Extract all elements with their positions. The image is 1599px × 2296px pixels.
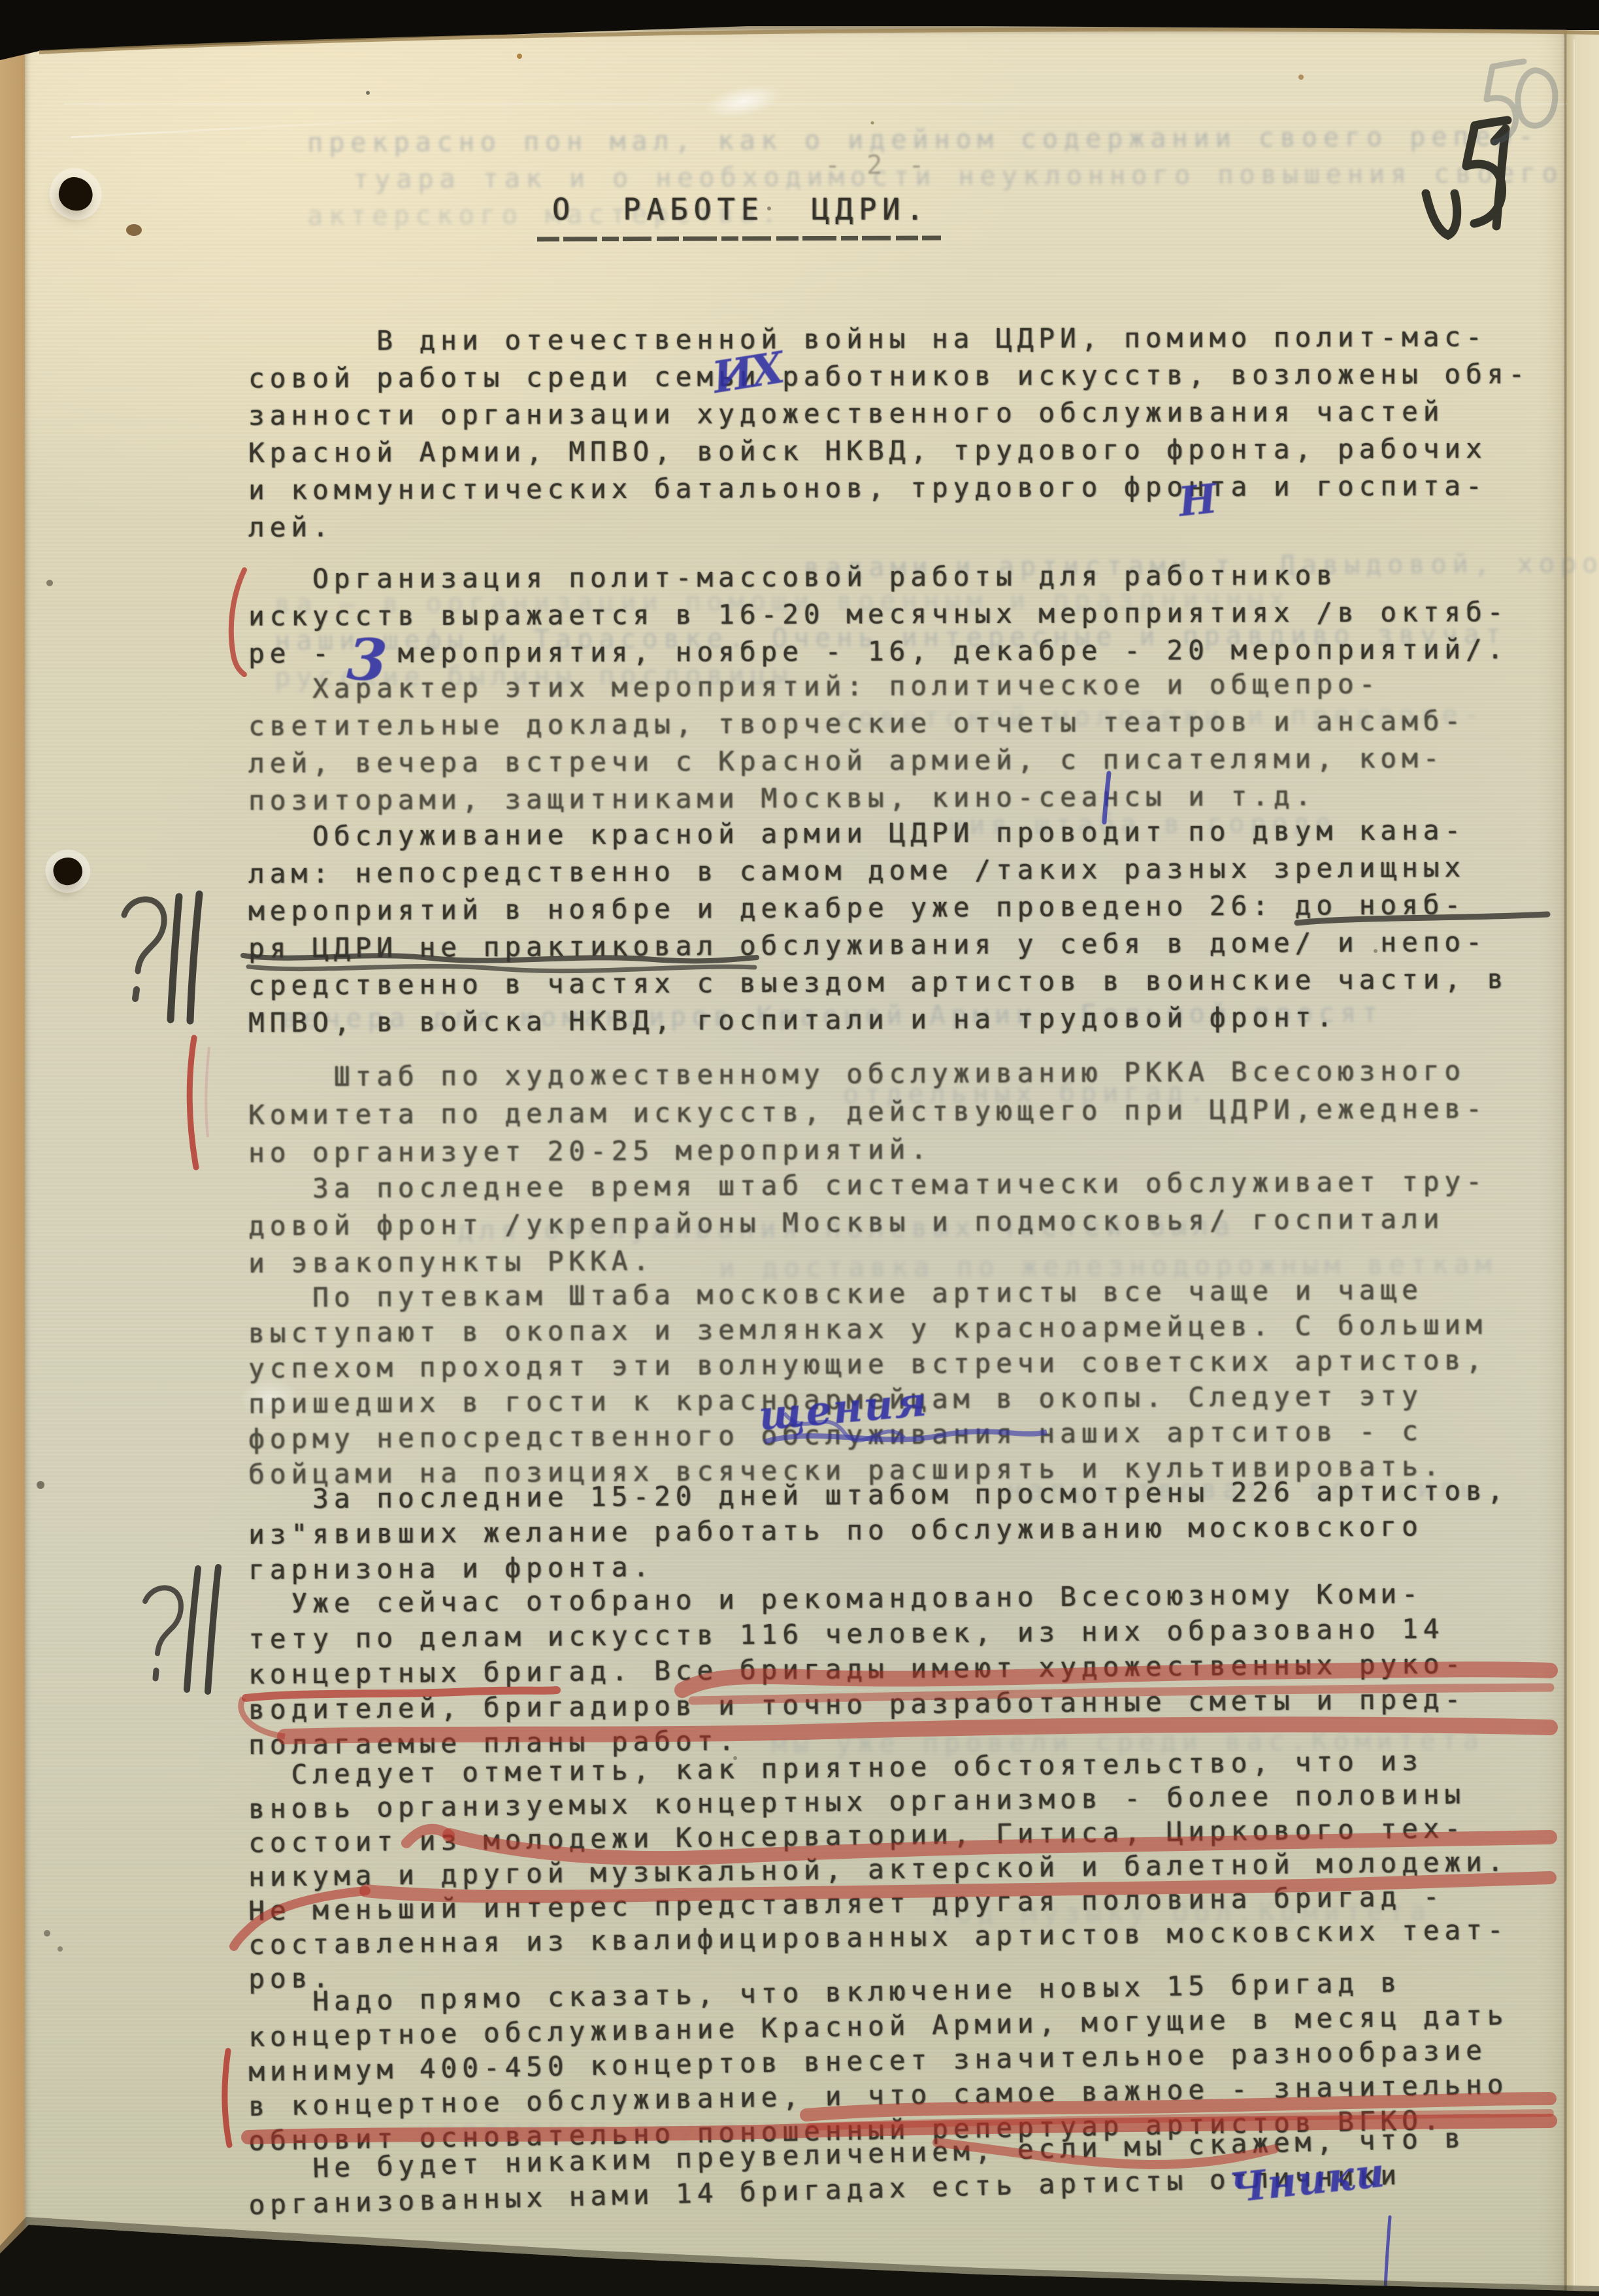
typed-line: средственно в частях с выездом артистов … xyxy=(248,963,1509,1001)
typed-line: и коммунистических батальонов, трудового… xyxy=(248,470,1487,506)
typed-page-number: - 2 - xyxy=(825,150,929,180)
page-edge-groove xyxy=(1564,33,1566,2296)
typed-line: МПВО, в войска НКВД, госпитали и на труд… xyxy=(248,1001,1338,1039)
typed-line: лей. xyxy=(248,512,334,543)
blue-ink-correction: ИХ xyxy=(709,342,785,403)
typed-line: мероприятий в ноябре и декабре уже прове… xyxy=(248,889,1466,927)
typed-line: В дни отечественной войны на ЦДРИ, помим… xyxy=(248,321,1487,357)
typed-line: занности организации художественного обс… xyxy=(248,396,1444,431)
underlying-page-left-edge xyxy=(0,0,26,2296)
paper-pressure-line xyxy=(64,103,1567,105)
typed-line: Обслуживание красной армии ЦДРИ проводит… xyxy=(248,814,1466,852)
typed-line: лей, вечера встречи с Красной армией, с … xyxy=(248,742,1445,779)
typed-line: но организует 20-25 мероприятий. xyxy=(248,1134,932,1169)
typed-line: Организация полит-массовой работы для ра… xyxy=(248,559,1338,595)
underlying-page-right-edge xyxy=(1567,30,1599,2296)
blue-ink-correction: Н xyxy=(1176,474,1219,526)
blue-ink-correction: 3 xyxy=(346,625,389,695)
paper-crease xyxy=(71,112,527,139)
typed-line: Штаб по художественному обслуживанию РКК… xyxy=(248,1055,1466,1093)
scanned-archive-document: прекрасно пон мал, как о идейном содержа… xyxy=(0,0,1599,2296)
page-edge-highlight xyxy=(1574,39,1575,2296)
typed-line: гарнизона и фронта. xyxy=(248,1552,654,1586)
typed-line: совой работы среди семьи работников иску… xyxy=(248,358,1530,394)
typed-line: позиторами, защитниками Москвы, кино-сеа… xyxy=(248,780,1316,816)
typed-line: лам: непосредственно в самом доме /таких… xyxy=(248,852,1466,890)
typed-line: ря ЦДРИ не практиковал обслуживания у се… xyxy=(248,926,1487,964)
typed-line: Характер этих мероприятий: политическое … xyxy=(248,668,1380,705)
typed-line: искусств выражается в 16-20 месячных мер… xyxy=(248,596,1509,632)
typed-line: Комитета по делам искусств, действующего… xyxy=(248,1093,1487,1131)
document-title: О РАБОТЕ ЦДРИ. xyxy=(552,192,929,227)
typed-line: ре - мероприятия, ноябре - 16, декабре -… xyxy=(248,633,1509,669)
typed-line: и эвакопункты РККА. xyxy=(248,1245,654,1279)
paper-dent xyxy=(702,78,785,124)
typed-line: светительные доклады, творческие отчеты … xyxy=(248,705,1466,742)
typed-line: Красной Армии, МПВО, войск НКВД, трудово… xyxy=(248,433,1487,469)
